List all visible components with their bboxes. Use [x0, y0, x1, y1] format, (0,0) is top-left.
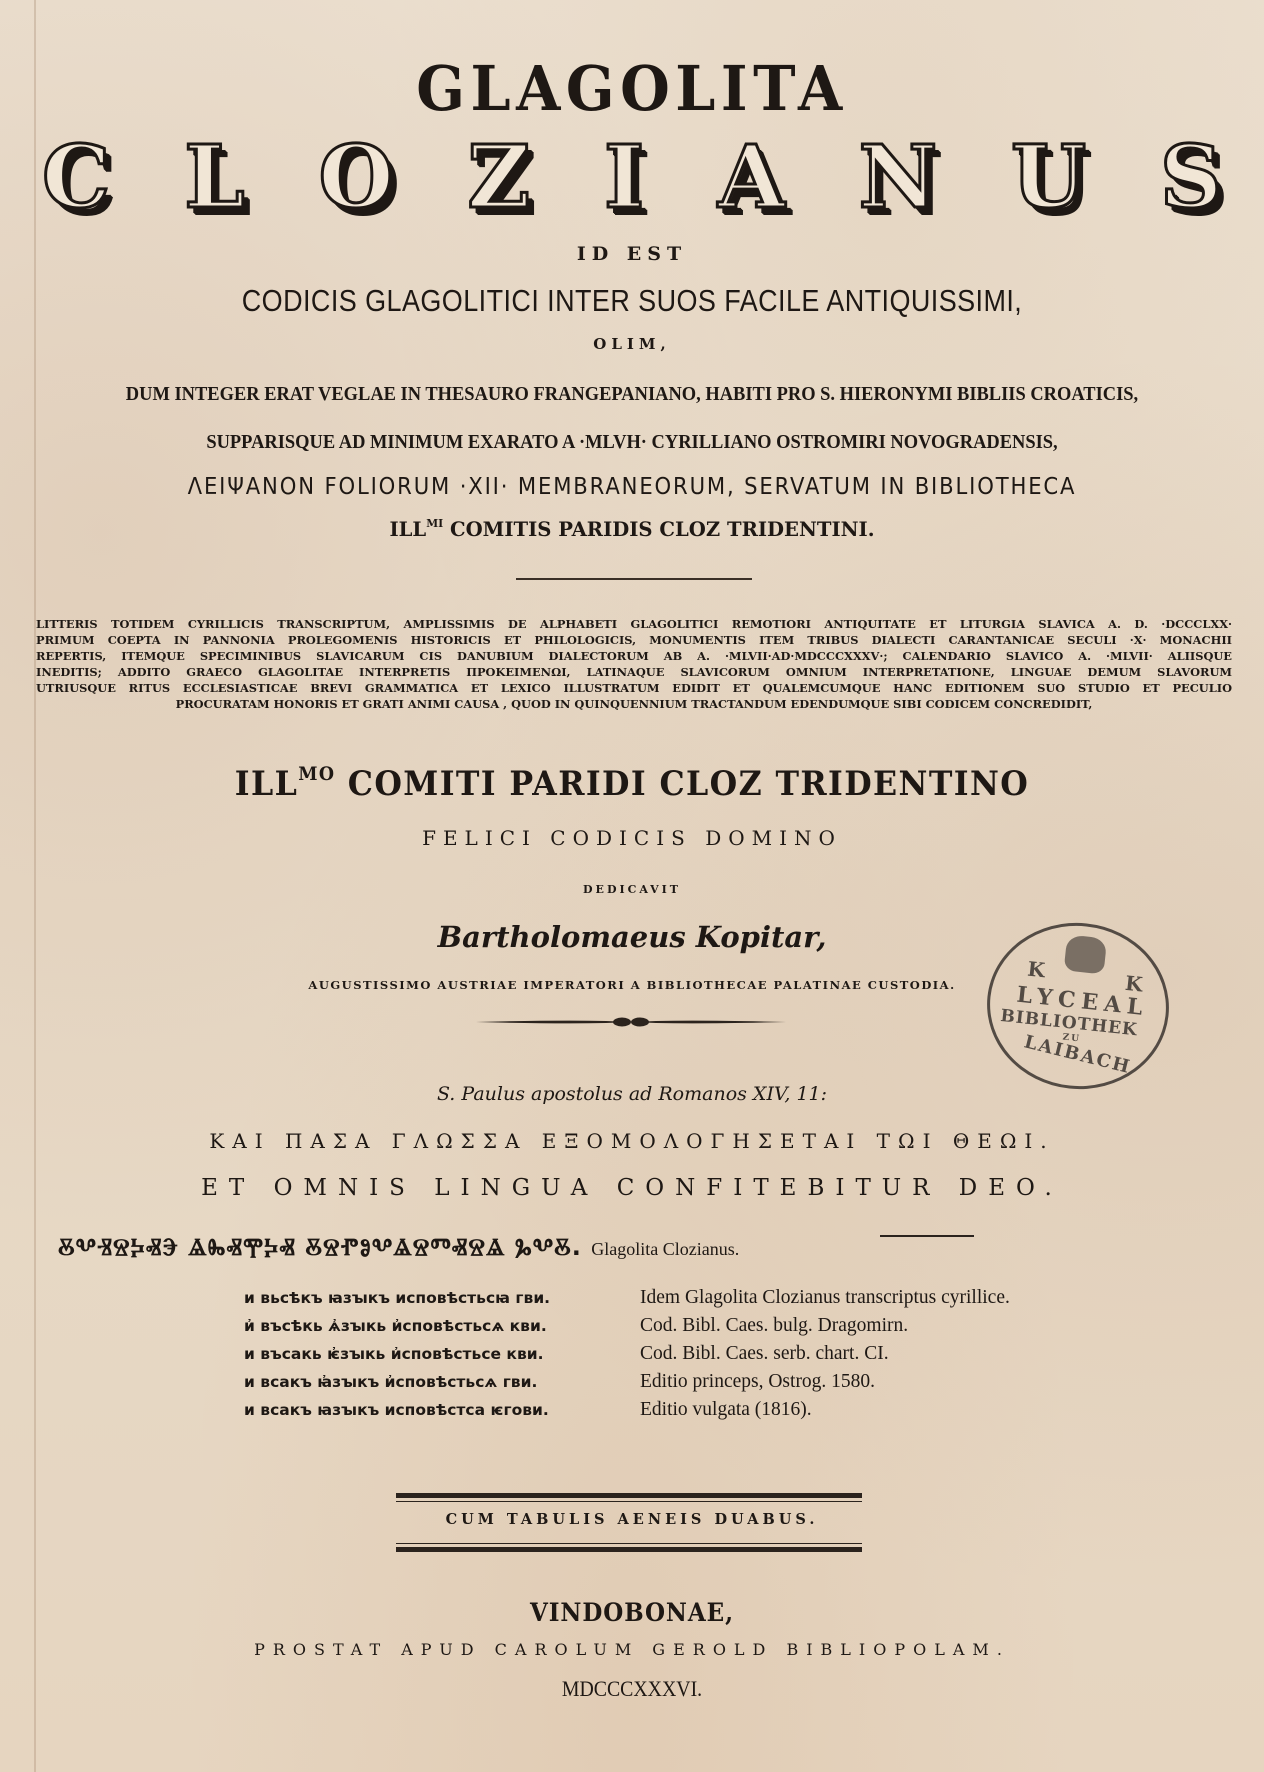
versions-table: и вьсѣкъ ꙗзꙑкъ исповѣстьсꙗ гви. Idem Gla… — [244, 1284, 1010, 1424]
title-letter: A — [718, 138, 785, 218]
description-line-2: SUPPARISQUE AD MINIMUM EXARATO A ·MLVH· … — [63, 431, 1201, 454]
ornament-divider-icon — [476, 1016, 786, 1028]
version-source: Editio princeps, Ostrog. 1580. — [640, 1368, 875, 1396]
version-source: Editio vulgata (1816). — [640, 1396, 812, 1424]
version-row: и всакъ ꙗ҆зꙑкъ и҆сповѣстьсѧ гви. Editio … — [244, 1368, 1010, 1396]
title-letter: N — [859, 138, 938, 218]
owner-name: COMITIS PARIDIS CLOZ TRIDENTINI. — [443, 517, 874, 541]
description-line-3: ΛΕΙΨΑΝΟΝ FOLIORUM ·XII· MEMBRANEORUM, SE… — [51, 474, 1214, 500]
glagolitic-line: ⰋⰂⰠⰔⰍⰟⰅ ⰡⰈⰟⰉⰍⰟ ⰋⰔⰒⰑⰂⰡⰔⰕⰟⰔⰡ ⰃⰂⰋ. Glagolit… — [58, 1233, 739, 1261]
dedicavit: DEDICAVIT — [0, 883, 1264, 896]
title-letter: S — [1160, 138, 1222, 218]
dedicatee-name: COMITI PARIDI CLOZ TRIDENTINO — [335, 764, 1029, 804]
version-row: и въсакь ѥ҆зꙑкь и҆сповѣстьсе кви. Cod. B… — [244, 1340, 1010, 1368]
olim: OLIM, — [0, 335, 1264, 353]
epigraph-greek: ΚΑΙ ΠΑΣΑ ΓΛΩΣΣΑ ΕΞΟΜΟΛΟΓΗΣΕΤΑΙ ΤΩΙ ΘΕΩΙ. — [0, 1129, 1264, 1153]
description-paragraph: LITTERIS TOTIDEM CYRILLICIS TRANSCRIPTUM… — [36, 616, 1232, 712]
title-letter: O — [319, 138, 394, 218]
paragraph-line: REPERTIS, ITEMQUE SPECIMINIBUS SLAVICARU… — [36, 648, 1232, 664]
id-est: ID EST — [0, 243, 1264, 265]
glagolitic-label: Glagolita Clozianus. — [591, 1239, 739, 1259]
description-line-1: DUM INTEGER ERAT VEGLAE IN THESAURO FRAN… — [63, 383, 1201, 406]
paragraph-line: UTRIUSQUE RITUS ECCLESIASTICAE BREVI GRA… — [36, 680, 1232, 696]
double-rule-bottom — [396, 1543, 862, 1552]
version-text: и всакъ ꙗ҆зꙑкъ и҆сповѣстьсѧ гви. — [244, 1368, 640, 1396]
title-page: GLAGOLITA C L O Z I A N U S ID EST CODIC… — [0, 0, 1264, 1772]
version-row: и вьсѣкъ ꙗзꙑкъ исповѣстьсꙗ гви. Idem Gla… — [244, 1284, 1010, 1312]
imprint-year: MDCCCXXXVI. — [63, 1676, 1201, 1702]
epigraph-source: S. Paulus apostolus ad Romanos XIV, 11: — [0, 1083, 1264, 1105]
paragraph-line: LITTERIS TOTIDEM CYRILLICIS TRANSCRIPTUM… — [36, 616, 1232, 632]
title-letter: L — [184, 138, 244, 218]
imprint-publisher: PROSTAT APUD CAROLUM GEROLD BIBLIOPOLAM. — [0, 1640, 1264, 1659]
eagle-crest-icon — [1064, 935, 1108, 975]
honorific-superscript: MI — [426, 517, 443, 530]
version-text: и҆ въсѣкь ѧ҆зꙑкь и҆сповѣстьсѧ кви. — [244, 1312, 640, 1340]
glagolitic-text: ⰋⰂⰠⰔⰍⰟⰅ ⰡⰈⰟⰉⰍⰟ ⰋⰔⰒⰑⰂⰡⰔⰕⰟⰔⰡ ⰃⰂⰋ. — [58, 1233, 582, 1261]
description-line-4: ILLMI COMITIS PARIDIS CLOZ TRIDENTINI. — [13, 517, 1252, 541]
honorific: ILL — [235, 764, 298, 804]
version-row: и҆ въсѣкь ѧ҆зꙑкь и҆сповѣстьсѧ кви. Cod. … — [244, 1312, 1010, 1340]
paragraph-line: PRIMUM COEPTA IN PANNONIA PROLEGOMENIS H… — [36, 632, 1232, 648]
epigraph-latin: ET OMNIS LINGUA CONFITEBITUR DEO. — [0, 1175, 1264, 1201]
honorific: ILL — [389, 517, 426, 541]
double-rule-top — [396, 1493, 862, 1502]
separator-rule — [516, 578, 752, 580]
stamp-k-left: K — [1026, 957, 1046, 983]
version-source: Cod. Bibl. Caes. bulg. Dragomirn. — [640, 1312, 908, 1340]
title-letter: U — [1011, 138, 1086, 218]
paragraph-line: INEDITIS; ADDITO GRAECO GLAGOLITAE INTER… — [36, 664, 1232, 680]
version-row: и всакъ ꙗзꙑкъ исповѣстса ѥгови. Editio v… — [244, 1396, 1010, 1424]
dedicatee: ILLMO COMITI PARIDI CLOZ TRIDENTINO — [44, 763, 1220, 804]
plates-note: CUM TABULIS AENEIS DUABUS. — [0, 1511, 1264, 1528]
version-source: Cod. Bibl. Caes. serb. chart. CI. — [640, 1340, 889, 1368]
version-text: и всакъ ꙗзꙑкъ исповѣстса ѥгови. — [244, 1396, 640, 1424]
title-letter: Z — [467, 138, 530, 218]
paragraph-line: PROCURATAM HONORIS ET GRATI ANIMI CAUSA … — [36, 696, 1232, 712]
imprint-place: VINDOBONAE, — [51, 1598, 1214, 1627]
honorific-superscript: MO — [298, 763, 335, 785]
felici-line: FELICI CODICIS DOMINO — [0, 826, 1264, 850]
version-source: Idem Glagolita Clozianus transcriptus cy… — [640, 1284, 1010, 1312]
abbreviation-overline — [880, 1235, 974, 1237]
title-line-2: C L O Z I A N U S — [0, 138, 1264, 218]
version-text: и въсакь ѥ҆зꙑкь и҆сповѣстьсе кви. — [244, 1340, 640, 1368]
subtitle: CODICIS GLAGOLITICI INTER SUOS FACILE AN… — [82, 283, 1182, 319]
title-letter: C — [42, 138, 110, 218]
title-letter: I — [604, 138, 644, 218]
title-line-1: GLAGOLITA — [51, 52, 1214, 125]
version-text: и вьсѣкъ ꙗзꙑкъ исповѣстьсꙗ гви. — [244, 1284, 640, 1312]
